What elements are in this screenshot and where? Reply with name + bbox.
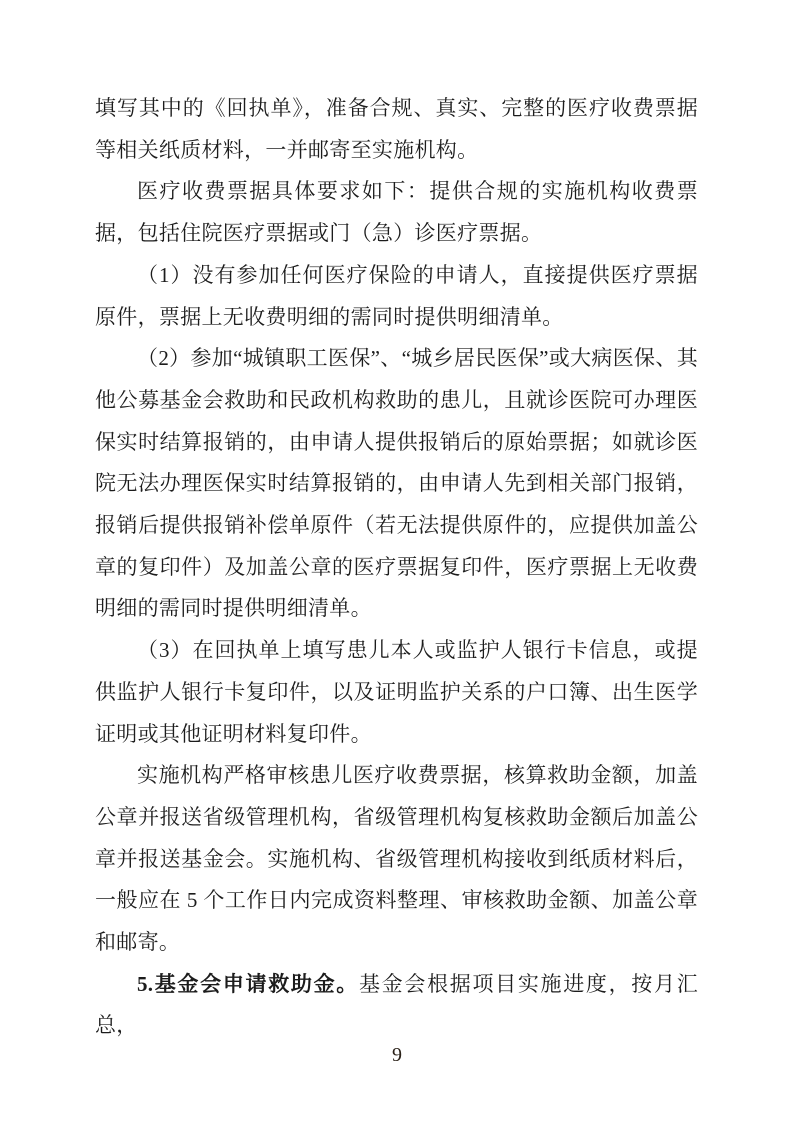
paragraph: 实施机构严格审核患儿医疗收费票据，核算救助金额，加盖公章并报送省级管理机构，省级…: [95, 755, 698, 964]
paragraph-text: （1）没有参加任何医疗保险的申请人，直接提供医疗票据原件，票据上无收费明细的需同…: [95, 263, 698, 329]
paragraph-text: 医疗收费票据具体要求如下：提供合规的实施机构收费票据，包括住院医疗票据或门（急）…: [95, 179, 698, 245]
paragraph: （3）在回执单上填写患儿本人或监护人银行卡信息，或提供监护人银行卡复印件，以及证…: [95, 630, 698, 755]
paragraph: 5.基金会申请救助金。基金会根据项目实施进度，按月汇总，: [95, 964, 698, 1047]
paragraph-text: 填写其中的《回执单》，准备合规、真实、完整的医疗收费票据等相关纸质材料，一并邮寄…: [95, 96, 698, 162]
paragraph: （2）参加“城镇职工医保”、“城乡居民医保”或大病医保、其他公募基金会救助和民政…: [95, 338, 698, 630]
document-page: 填写其中的《回执单》，准备合规、真实、完整的医疗收费票据等相关纸质材料，一并邮寄…: [0, 0, 794, 1123]
paragraph-text: 实施机构严格审核患儿医疗收费票据，核算救助金额，加盖公章并报送省级管理机构，省级…: [95, 763, 698, 954]
page-number: 9: [0, 1040, 794, 1070]
document-body: 填写其中的《回执单》，准备合规、真实、完整的医疗收费票据等相关纸质材料，一并邮寄…: [95, 88, 698, 1047]
paragraph-bold-lead: 5.基金会申请救助金。: [137, 972, 359, 996]
paragraph-text: （3）在回执单上填写患儿本人或监护人银行卡信息，或提供监护人银行卡复印件，以及证…: [95, 638, 698, 745]
paragraph: 医疗收费票据具体要求如下：提供合规的实施机构收费票据，包括住院医疗票据或门（急）…: [95, 171, 698, 254]
paragraph: （1）没有参加任何医疗保险的申请人，直接提供医疗票据原件，票据上无收费明细的需同…: [95, 255, 698, 338]
paragraph: 填写其中的《回执单》，准备合规、真实、完整的医疗收费票据等相关纸质材料，一并邮寄…: [95, 88, 698, 171]
paragraph-text: （2）参加“城镇职工医保”、“城乡居民医保”或大病医保、其他公募基金会救助和民政…: [95, 346, 698, 620]
